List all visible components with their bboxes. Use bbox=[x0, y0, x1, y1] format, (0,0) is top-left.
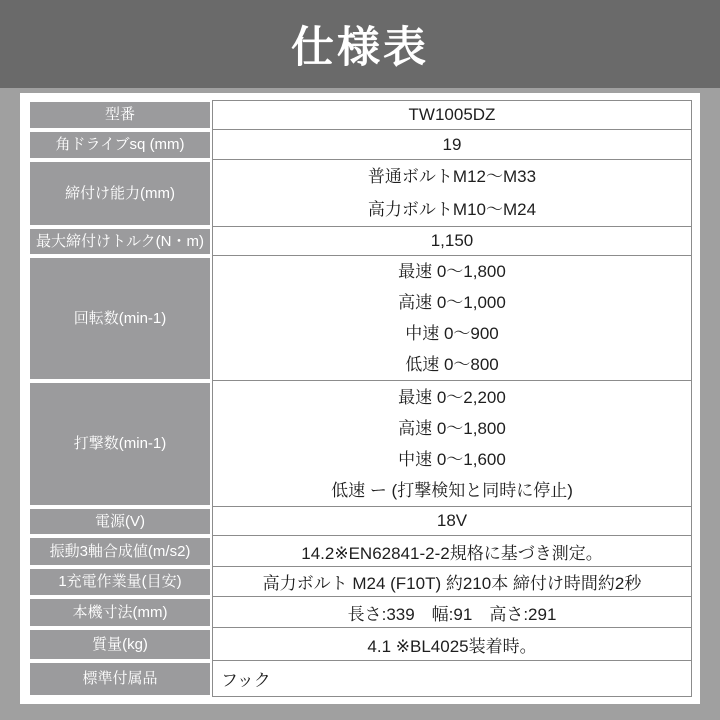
spec-label: 角ドライブsq (mm) bbox=[30, 132, 210, 158]
table-row-rotation-speed: 回転数(min-1) 最速 0〜1,800 高速 0〜1,000 中速 0〜90… bbox=[28, 256, 692, 381]
spec-panel: 型番 TW1005DZ 角ドライブsq (mm) 19 締付け能力(mm) 普通… bbox=[20, 93, 700, 704]
spec-label: 打撃数(min-1) bbox=[30, 383, 210, 505]
spec-value: 高力ボルト M24 (F10T) 約210本 締付け時間約2秒 bbox=[212, 567, 692, 597]
spec-value: 4.1 ※BL4025装着時。 bbox=[212, 628, 692, 661]
spec-label: 締付け能力(mm) bbox=[30, 162, 210, 225]
title-band: 仕様表 bbox=[0, 0, 720, 88]
table-row-accessories: 標準付属品 フック bbox=[28, 661, 692, 697]
spec-label: 型番 bbox=[30, 102, 210, 128]
spec-label: 1充電作業量(目安) bbox=[30, 569, 210, 595]
table-row-fastening-capacity: 締付け能力(mm) 普通ボルトM12〜M33 高力ボルトM10〜M24 bbox=[28, 160, 692, 227]
spec-value: 14.2※EN62841-2-2規格に基づき測定。 bbox=[212, 536, 692, 567]
spec-label: 質量(kg) bbox=[30, 630, 210, 659]
spec-value: 長さ:339 幅:91 高さ:291 bbox=[212, 597, 692, 628]
table-row-vibration: 振動3軸合成値(m/s2) 14.2※EN62841-2-2規格に基づき測定。 bbox=[28, 536, 692, 567]
spec-label: 本機寸法(mm) bbox=[30, 599, 210, 626]
table-row-dimensions: 本機寸法(mm) 長さ:339 幅:91 高さ:291 bbox=[28, 597, 692, 628]
table-row-work-per-charge: 1充電作業量(目安) 高力ボルト M24 (F10T) 約210本 締付け時間約… bbox=[28, 567, 692, 597]
table-row-power-source: 電源(V) 18V bbox=[28, 507, 692, 536]
spec-value: フック bbox=[212, 661, 692, 697]
spec-label: 最大締付けトルク(N・m) bbox=[30, 229, 210, 254]
spec-value: 1,150 bbox=[212, 227, 692, 256]
spec-value: 19 bbox=[212, 130, 692, 160]
table-row-square-drive: 角ドライブsq (mm) 19 bbox=[28, 130, 692, 160]
table-row-weight: 質量(kg) 4.1 ※BL4025装着時。 bbox=[28, 628, 692, 661]
spec-label: 電源(V) bbox=[30, 509, 210, 534]
spec-value: 最速 0〜1,800 高速 0〜1,000 中速 0〜900 低速 0〜800 bbox=[212, 256, 692, 381]
page-title: 仕様表 bbox=[291, 14, 429, 75]
spec-label: 回転数(min-1) bbox=[30, 258, 210, 379]
spec-value: 最速 0〜2,200 高速 0〜1,800 中速 0〜1,600 低速 ー (打… bbox=[212, 381, 692, 507]
spec-value: 普通ボルトM12〜M33 高力ボルトM10〜M24 bbox=[212, 160, 692, 227]
table-row-impact-rate: 打撃数(min-1) 最速 0〜2,200 高速 0〜1,800 中速 0〜1,… bbox=[28, 381, 692, 507]
table-row-max-torque: 最大締付けトルク(N・m) 1,150 bbox=[28, 227, 692, 256]
spec-table: 型番 TW1005DZ 角ドライブsq (mm) 19 締付け能力(mm) 普通… bbox=[28, 100, 692, 697]
spec-value: 18V bbox=[212, 507, 692, 536]
spec-value: TW1005DZ bbox=[212, 100, 692, 130]
spec-label: 標準付属品 bbox=[30, 663, 210, 695]
spec-label: 振動3軸合成値(m/s2) bbox=[30, 538, 210, 565]
table-row-model: 型番 TW1005DZ bbox=[28, 100, 692, 130]
